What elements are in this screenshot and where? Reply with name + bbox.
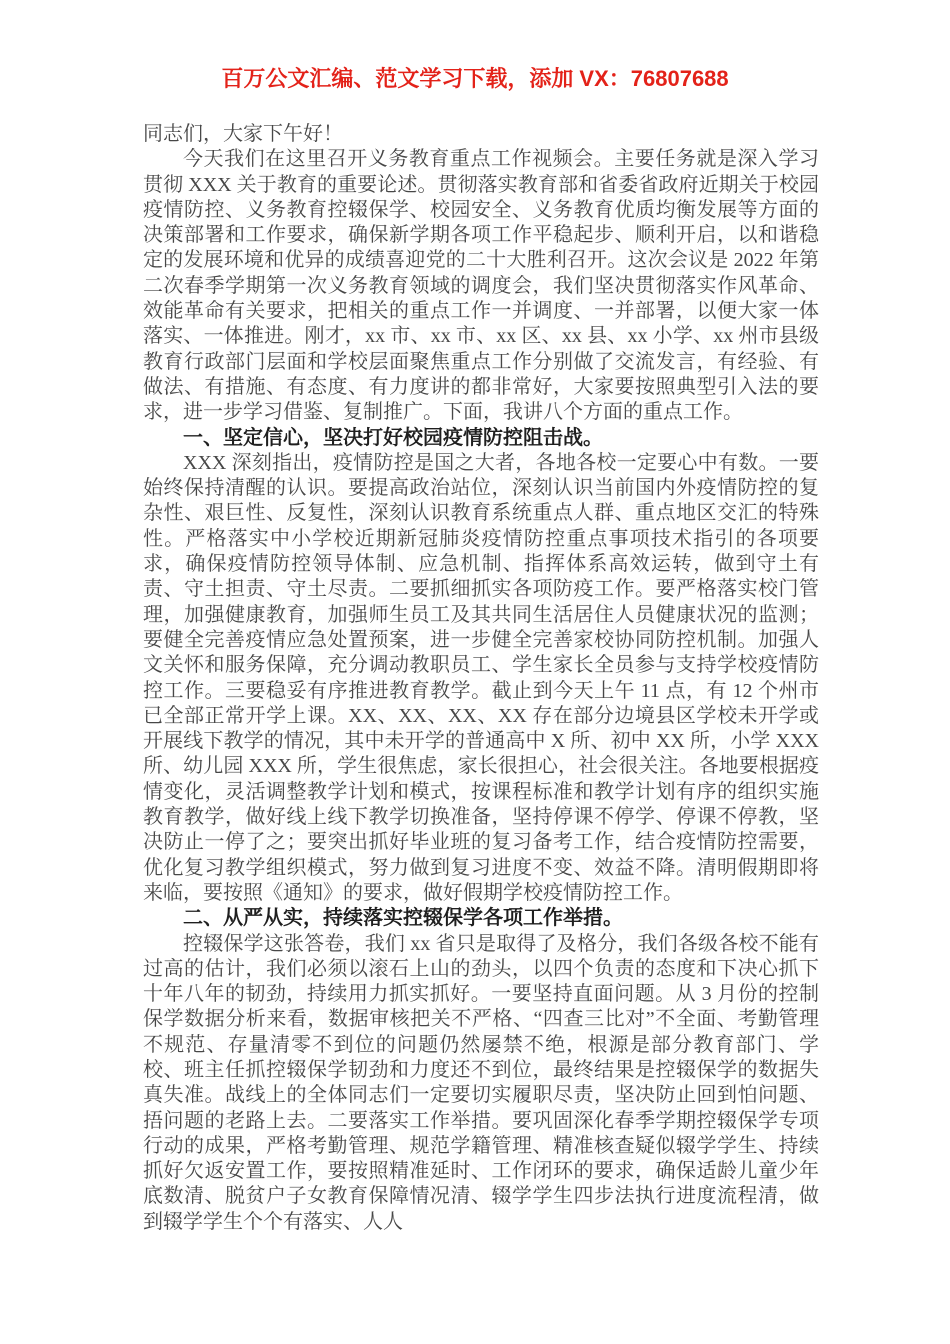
- paragraph-section-1: XXX 深刻指出，疫情防控是国之大者，各地各校一定要心中有数。一要始终保持清醒的…: [143, 451, 819, 906]
- paragraph-section-2: 控辍保学这张答卷，我们 xx 省只是取得了及格分，我们各级各校不能有过高的估计，…: [143, 932, 819, 1236]
- section-heading-2: 二、从严从实，持续落实控辍保学各项工作举措。: [143, 906, 819, 931]
- section-heading-1: 一、坚定信心，坚决打好校园疫情防控阻击战。: [143, 426, 819, 451]
- document-page: 百万公文汇编、范文学习下载，添加 VX：76807688 同志们，大家下午好！ …: [0, 0, 950, 1344]
- paragraph-greeting: 同志们，大家下午好！: [143, 122, 819, 147]
- document-body: 同志们，大家下午好！ 今天我们在这里召开义务教育重点工作视频会。主要任务就是深入…: [143, 122, 819, 1235]
- promo-banner: 百万公文汇编、范文学习下载，添加 VX：76807688: [0, 0, 950, 92]
- paragraph-intro: 今天我们在这里召开义务教育重点工作视频会。主要任务就是深入学习贯彻 XXX 关于…: [143, 147, 819, 425]
